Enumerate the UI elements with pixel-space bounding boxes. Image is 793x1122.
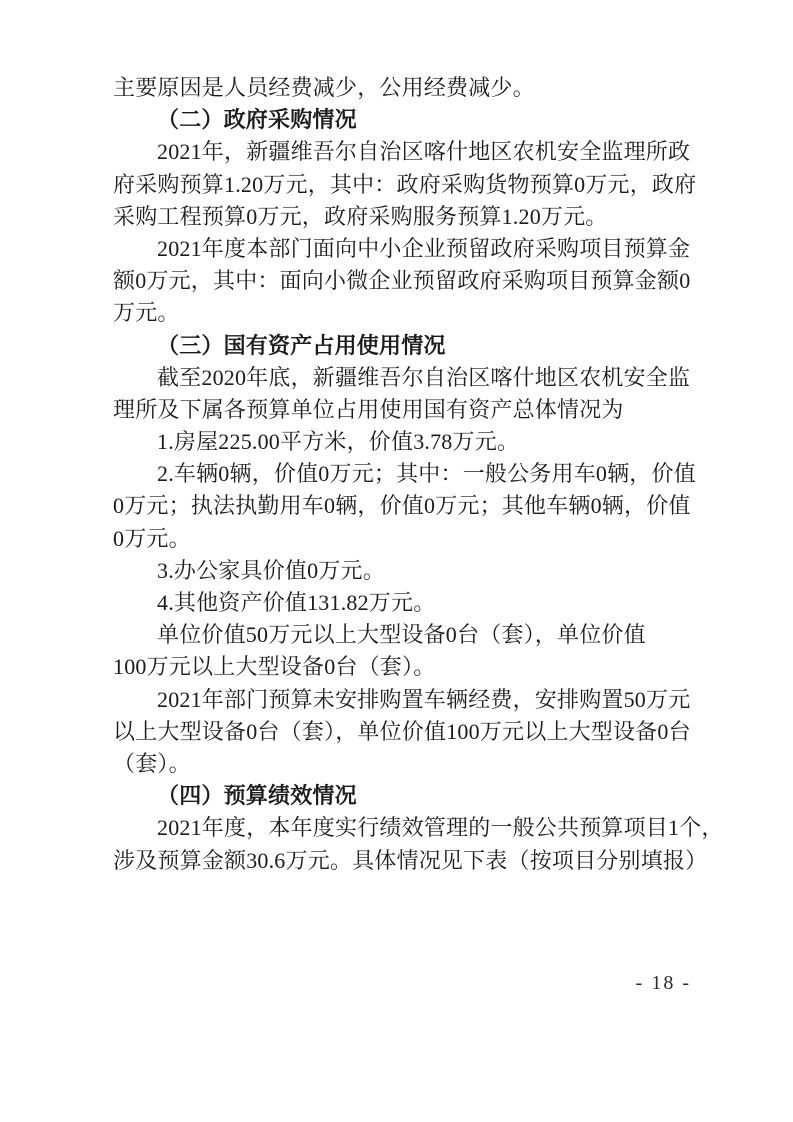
body-text-line: 2021年，新疆维吾尔自治区喀什地区农机安全监理所政: [113, 136, 703, 168]
body-text-line: 1.房屋225.00平方米，价值3.78万元。: [113, 426, 703, 458]
body-text-line: 以上大型设备0台（套），单位价值100万元以上大型设备0台: [113, 716, 703, 748]
document-page: 主要原因是人员经费减少，公用经费减少。 （二）政府采购情况 2021年，新疆维吾…: [0, 0, 793, 1122]
body-text-line: 0万元；执法执勤用车0辆，价值0万元；其他车辆0辆，价值: [113, 490, 703, 522]
body-text-line: 2021年部门预算未安排购置车辆经费，安排购置50万元: [113, 684, 703, 716]
section-heading-4: （四）预算绩效情况: [113, 780, 703, 812]
body-text-line: 3.办公家具价值0万元。: [113, 555, 703, 587]
body-text-line: 4.其他资产价值131.82万元。: [113, 587, 703, 619]
body-text-line: 单位价值50万元以上大型设备0台（套），单位价值: [113, 619, 703, 651]
body-text-line: 2021年度本部门面向中小企业预留政府采购项目预算金: [113, 233, 703, 265]
document-body: 主要原因是人员经费减少，公用经费减少。 （二）政府采购情况 2021年，新疆维吾…: [113, 72, 703, 877]
body-text-line: 0万元。: [113, 523, 703, 555]
body-text-line: 府采购预算1.20万元，其中：政府采购货物预算0万元，政府: [113, 169, 703, 201]
body-text-line: 采购工程预算0万元，政府采购服务预算1.20万元。: [113, 201, 703, 233]
body-text-line: 100万元以上大型设备0台（套）。: [113, 651, 703, 683]
section-heading-2: （二）政府采购情况: [113, 104, 703, 136]
body-text-line: 理所及下属各预算单位占用使用国有资产总体情况为: [113, 394, 703, 426]
page-number: - 18 -: [636, 971, 691, 995]
section-heading-3: （三）国有资产占用使用情况: [113, 330, 703, 362]
body-text-line: 截至2020年底，新疆维吾尔自治区喀什地区农机安全监: [113, 362, 703, 394]
body-text-line: 2.车辆0辆，价值0万元；其中：一般公务用车0辆，价值: [113, 458, 703, 490]
body-text-line: 2021年度，本年度实行绩效管理的一般公共预算项目1个，: [113, 812, 703, 844]
body-text-line: 额0万元，其中：面向小微企业预留政府采购项目预算金额0: [113, 265, 703, 297]
body-text-line: 涉及预算金额30.6万元。具体情况见下表（按项目分别填报）: [113, 845, 703, 877]
body-text-line: 主要原因是人员经费减少，公用经费减少。: [113, 72, 703, 104]
body-text-line: 万元。: [113, 297, 703, 329]
body-text-line: （套）。: [113, 748, 703, 780]
